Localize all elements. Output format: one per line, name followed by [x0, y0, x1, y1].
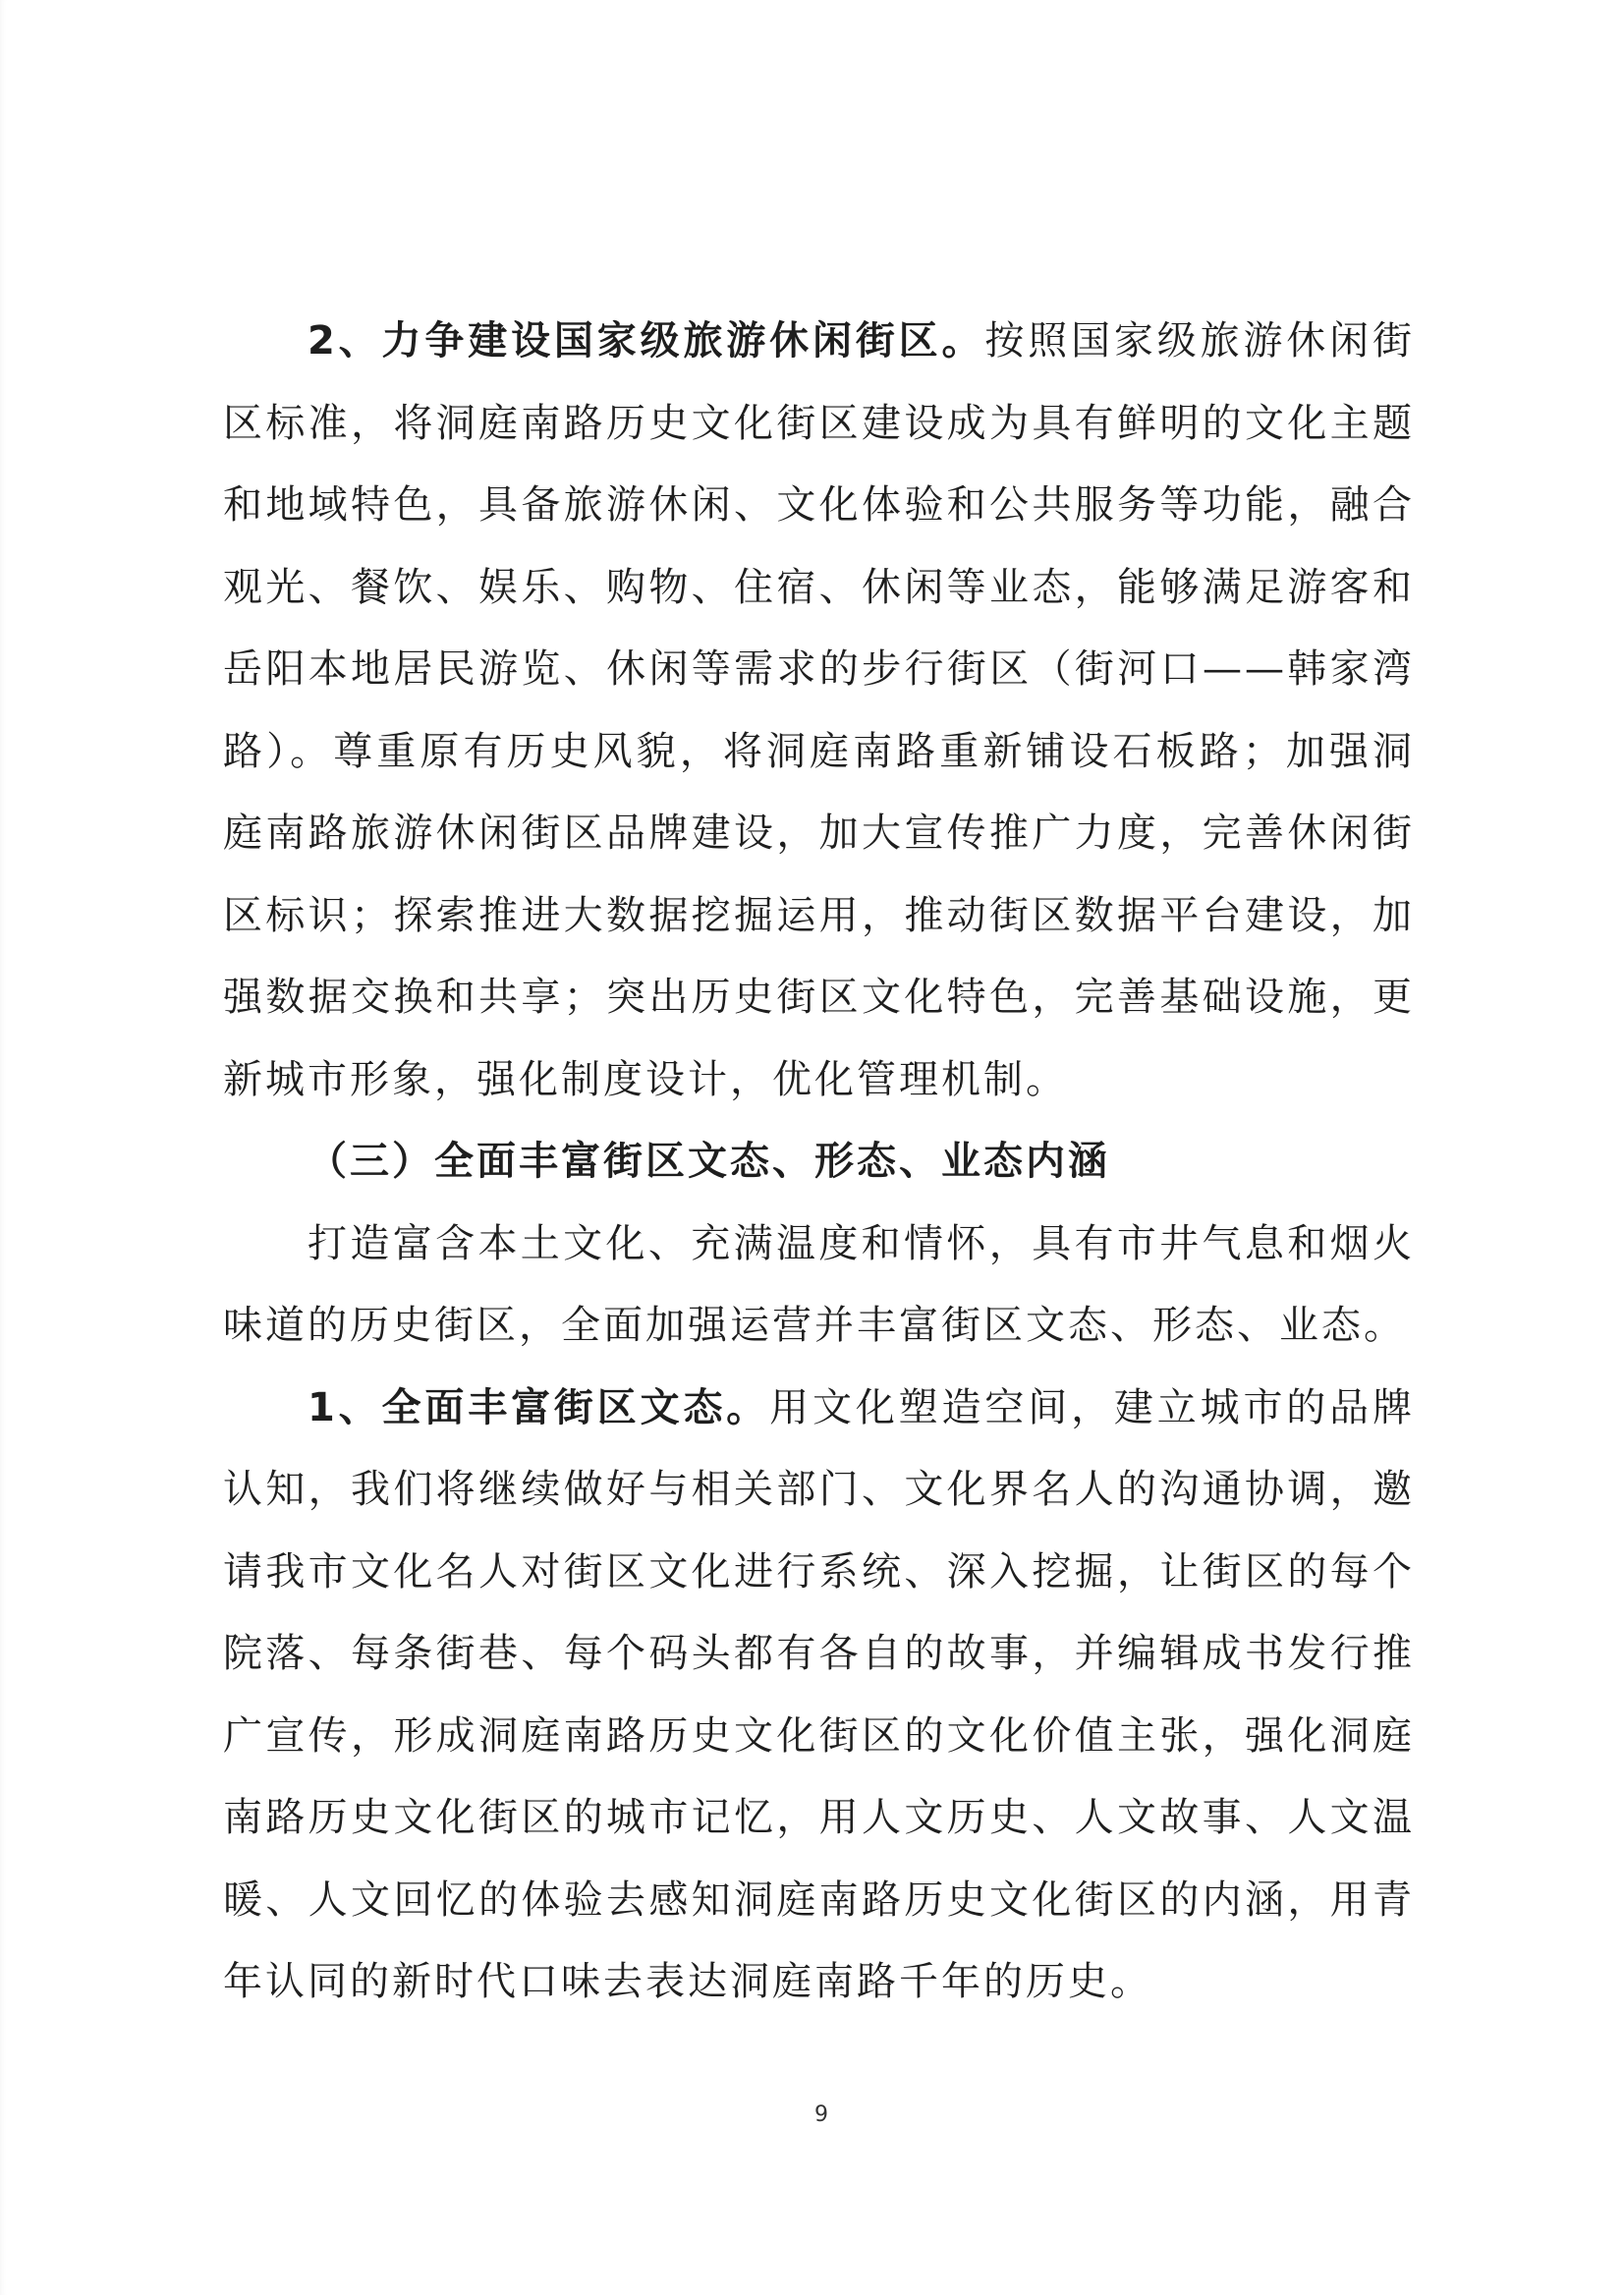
text-line: 暖、人文回忆的体验去感知洞庭南路历史文化街区的内涵，用青 [223, 1860, 1415, 1942]
text-line: 和地域特色，具备旅游休闲、文化体验和公共服务等功能，融合 [223, 465, 1415, 547]
section-heading: （三）全面丰富街区文态、形态、业态内涵 [223, 1121, 1415, 1203]
section-1-title: 1、全面丰富街区文态。 [308, 1385, 769, 1430]
text-line: 路）。尊重原有历史风貌，将洞庭南路重新铺设石板路；加强洞 [223, 711, 1415, 794]
text-line: 认知，我们将继续做好与相关部门、文化界名人的沟通协调，邀 [223, 1449, 1415, 1532]
page-number: 9 [812, 2102, 831, 2127]
text-line: 区标识；探索推进大数据挖掘运用，推动街区数据平台建设，加 [223, 875, 1415, 958]
text-line: 强数据交换和共享；突出历史街区文化特色，完善基础设施，更 [223, 957, 1415, 1039]
section-2-title: 2、力争建设国家级旅游休闲街区。 [308, 318, 984, 364]
text-line: 年认同的新时代口味去表达洞庭南路千年的历史。 [223, 1941, 1415, 2024]
text-line: 打造富含本土文化、充满温度和情怀，具有市井气息和烟火 [223, 1203, 1415, 1286]
paragraph-section-1: 1、全面丰富街区文态。用文化塑造空间，建立城市的品牌 认知，我们将继续做好与相关… [223, 1368, 1415, 2024]
text-line: 院落、每条街巷、每个码头都有各自的故事，并编辑成书发行推 [223, 1613, 1415, 1696]
text-line: 广宣传，形成洞庭南路历史文化街区的文化价值主张，强化洞庭 [223, 1696, 1415, 1778]
text-line: 请我市文化名人对街区文化进行系统、深入挖掘，让街区的每个 [223, 1532, 1415, 1614]
text-line: 庭南路旅游休闲街区品牌建设，加大宣传推广力度，完善休闲街 [223, 793, 1415, 875]
text-line: 南路历史文化街区的城市记忆，用人文历史、人文故事、人文温 [223, 1777, 1415, 1860]
text-line: 2、力争建设国家级旅游休闲街区。按照国家级旅游休闲街 [223, 301, 1415, 383]
text-line: 新城市形象，强化制度设计，优化管理机制。 [223, 1039, 1415, 1122]
text-line: 味道的历史街区，全面加强运营并丰富街区文态、形态、业态。 [223, 1285, 1415, 1368]
text-line: 观光、餐饮、娱乐、购物、住宿、休闲等业态，能够满足游客和 [223, 547, 1415, 630]
paragraph-intro: 打造富含本土文化、充满温度和情怀，具有市井气息和烟火 味道的历史街区，全面加强运… [223, 1203, 1415, 1368]
paragraph-section-2: 2、力争建设国家级旅游休闲街区。按照国家级旅游休闲街 区标准，将洞庭南路历史文化… [223, 301, 1415, 1121]
text-line: 1、全面丰富街区文态。用文化塑造空间，建立城市的品牌 [223, 1368, 1415, 1450]
document-body: 2、力争建设国家级旅游休闲街区。按照国家级旅游休闲街 区标准，将洞庭南路历史文化… [223, 301, 1415, 2024]
text-line: 岳阳本地居民游览、休闲等需求的步行街区（街河口——韩家湾 [223, 629, 1415, 711]
document-page: 2、力争建设国家级旅游休闲街区。按照国家级旅游休闲街 区标准，将洞庭南路历史文化… [0, 0, 1624, 2295]
text-line: 区标准，将洞庭南路历史文化街区建设成为具有鲜明的文化主题 [223, 383, 1415, 466]
